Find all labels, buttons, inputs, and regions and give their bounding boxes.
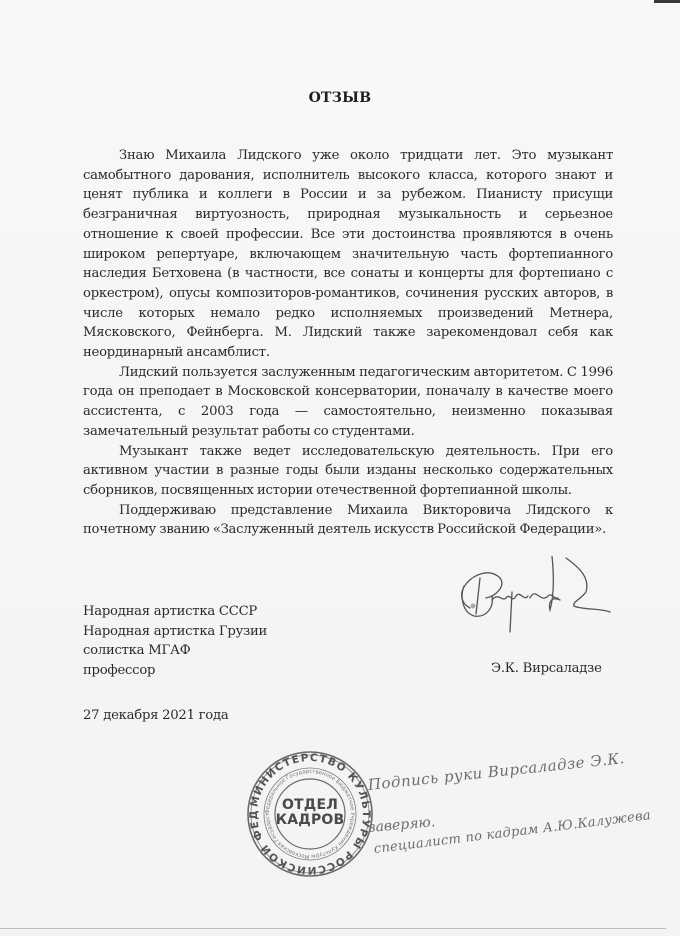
paragraph-3: Музыкант также ведет исследовательскую д…	[83, 442, 613, 501]
signer-title-3: солистка МГАФ	[83, 641, 267, 661]
document-title: ОТЗЫВ	[0, 90, 680, 106]
stamp-center-line-1: ОТДЕЛ	[246, 798, 374, 813]
scan-edge-line	[0, 928, 666, 929]
handwritten-signature-icon	[440, 556, 615, 636]
document-date: 27 декабря 2021 года	[83, 708, 228, 723]
paragraph-1: Знаю Михаила Лидского уже около тридцати…	[83, 146, 613, 363]
signer-title-4: профессор	[83, 661, 267, 681]
hr-department-stamp: МИНИСТЕРСТВО КУЛЬТУРЫ РОССИЙСКОЙ ФЕДЕРАЦ…	[246, 750, 374, 878]
signer-title-2: Народная артистка Грузии	[83, 622, 267, 642]
signer-title-1: Народная артистка СССР	[83, 602, 267, 622]
paragraph-2: Лидский пользуется заслуженным педагогич…	[83, 363, 613, 442]
document-page: ОТЗЫВ Знаю Михаила Лидского уже около тр…	[0, 0, 680, 936]
document-body: Знаю Михаила Лидского уже около тридцати…	[83, 146, 613, 540]
signer-titles: Народная артистка СССР Народная артистка…	[83, 602, 267, 680]
certification-line-1: Подпись руки Вирсаладзе Э.К.	[367, 749, 626, 794]
paragraph-4: Поддерживаю представление Михаила Виктор…	[83, 501, 613, 540]
scan-corner-mark	[654, 0, 680, 3]
signer-name: Э.К. Вирсаладзе	[491, 661, 602, 676]
certification-line-2: заверяю.	[367, 814, 436, 836]
stamp-center-line-2: КАДРОВ	[246, 813, 374, 828]
